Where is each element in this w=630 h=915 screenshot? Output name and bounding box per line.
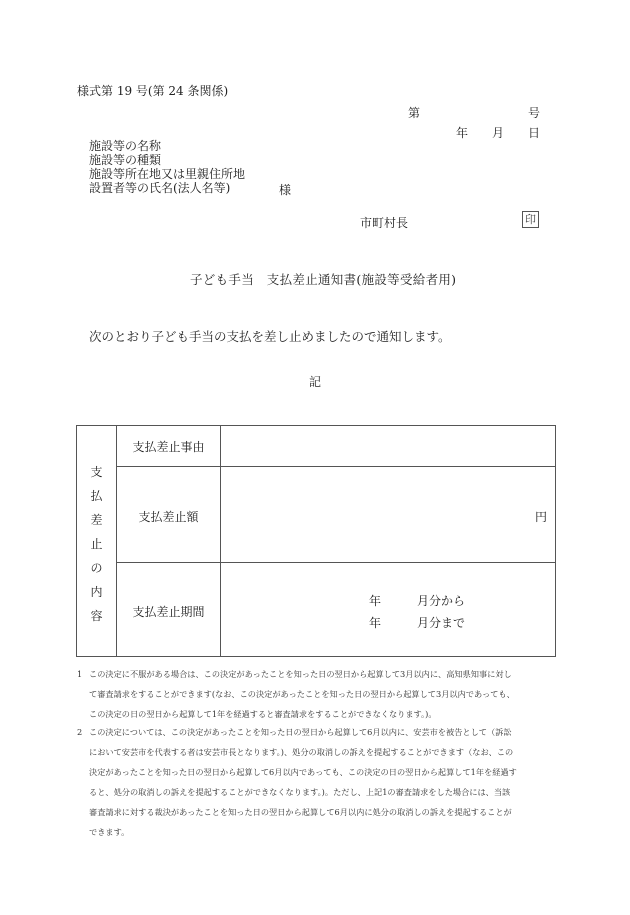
ki-heading: 記 [309,373,321,390]
addressee-facility-name: 施設等の名称 [89,139,161,153]
period-from-year: 年 [369,592,417,609]
form-number: 様式第 19 号(第 24 条関係) [77,82,228,99]
note-body: この決定に不服がある場合は、この決定があったことを知った日の翌日から起算して3月… [89,664,559,724]
period-to: 年月分まで [369,614,465,631]
lead-text: 次のとおり子ども手当の支払を差し止めましたので通知します。 [89,327,451,345]
side-label-char: 止 [90,532,102,556]
note-line: できます。 [89,822,559,842]
side-label-char: の [90,556,102,580]
note-number: 1 [77,664,82,684]
note-line: この決定については、この決定があったことを知った日の翌日から起算して6月以内に、… [89,722,559,742]
note-line: この決定に不服がある場合は、この決定があったことを知った日の翌日から起算して3月… [89,664,559,684]
table-side-label: 支 払 差 止 の 内 容 [77,460,116,628]
suspension-amount-label: 支払差止額 [117,508,220,525]
side-label-char: 容 [90,604,102,628]
amount-unit-yen: 円 [535,508,547,525]
seal-icon: 印 [522,211,539,228]
note-line: において安芸市を代表する者は安芸市長となります。)、処分の取消しの訴えを提起する… [89,742,559,762]
note-line: 審査請求に対する裁決があったことを知った日の翌日から起算して6月以内に処分の取消… [89,802,559,822]
period-from-month: 月分から [417,594,465,608]
period-to-month: 月分まで [417,616,465,630]
note-line: て審査請求をすることができます(なお、この決定があったことを知った日の翌日から起… [89,684,559,704]
table-divider [116,466,555,467]
suspension-reason-label: 支払差止事由 [117,438,220,455]
issue-number-prefix: 第 [408,104,420,121]
period-to-year: 年 [369,614,417,631]
table-divider [116,426,117,656]
suspension-details-table: 支 払 差 止 の 内 容 支払差止事由 支払差止額 支払差止期間 円 年月分か… [76,425,556,657]
document-title: 子ども手当 支払差止通知書(施設等受給者用) [190,270,456,288]
period-from: 年月分から [369,592,465,609]
note-body: この決定については、この決定があったことを知った日の翌日から起算して6月以内に、… [89,722,559,842]
side-label-char: 差 [90,508,102,532]
side-label-char: 支 [90,460,102,484]
suspension-period-label: 支払差止期間 [117,603,220,620]
note-line: 決定があったことを知った日の翌日から起算して6月以内であっても、この決定の日の翌… [89,762,559,782]
date-month-label: 月 [492,124,504,141]
table-divider [116,562,555,563]
note-line: ると、処分の取消しの訴えを提起することができなくなります。)。ただし、上記1の審… [89,782,559,802]
addressee-founder-name: 設置者等の氏名(法人名等) [89,181,230,195]
side-label-char: 内 [90,580,102,604]
side-label-char: 払 [90,484,102,508]
addressee-facility-address: 施設等所在地又は里親住所地 [89,167,245,181]
issue-number-suffix: 号 [528,104,540,121]
table-divider [220,426,221,656]
note-number: 2 [77,722,82,742]
date-year-label: 年 [456,124,468,141]
date-day-label: 日 [528,124,540,141]
addressee-facility-type: 施設等の種類 [89,153,161,167]
sender-title: 市町村長 [360,214,408,231]
note-line: この決定の日の翌日から起算して1年を経過すると審査請求をすることができなくなりま… [89,704,559,724]
addressee-honorific: 様 [279,181,291,198]
